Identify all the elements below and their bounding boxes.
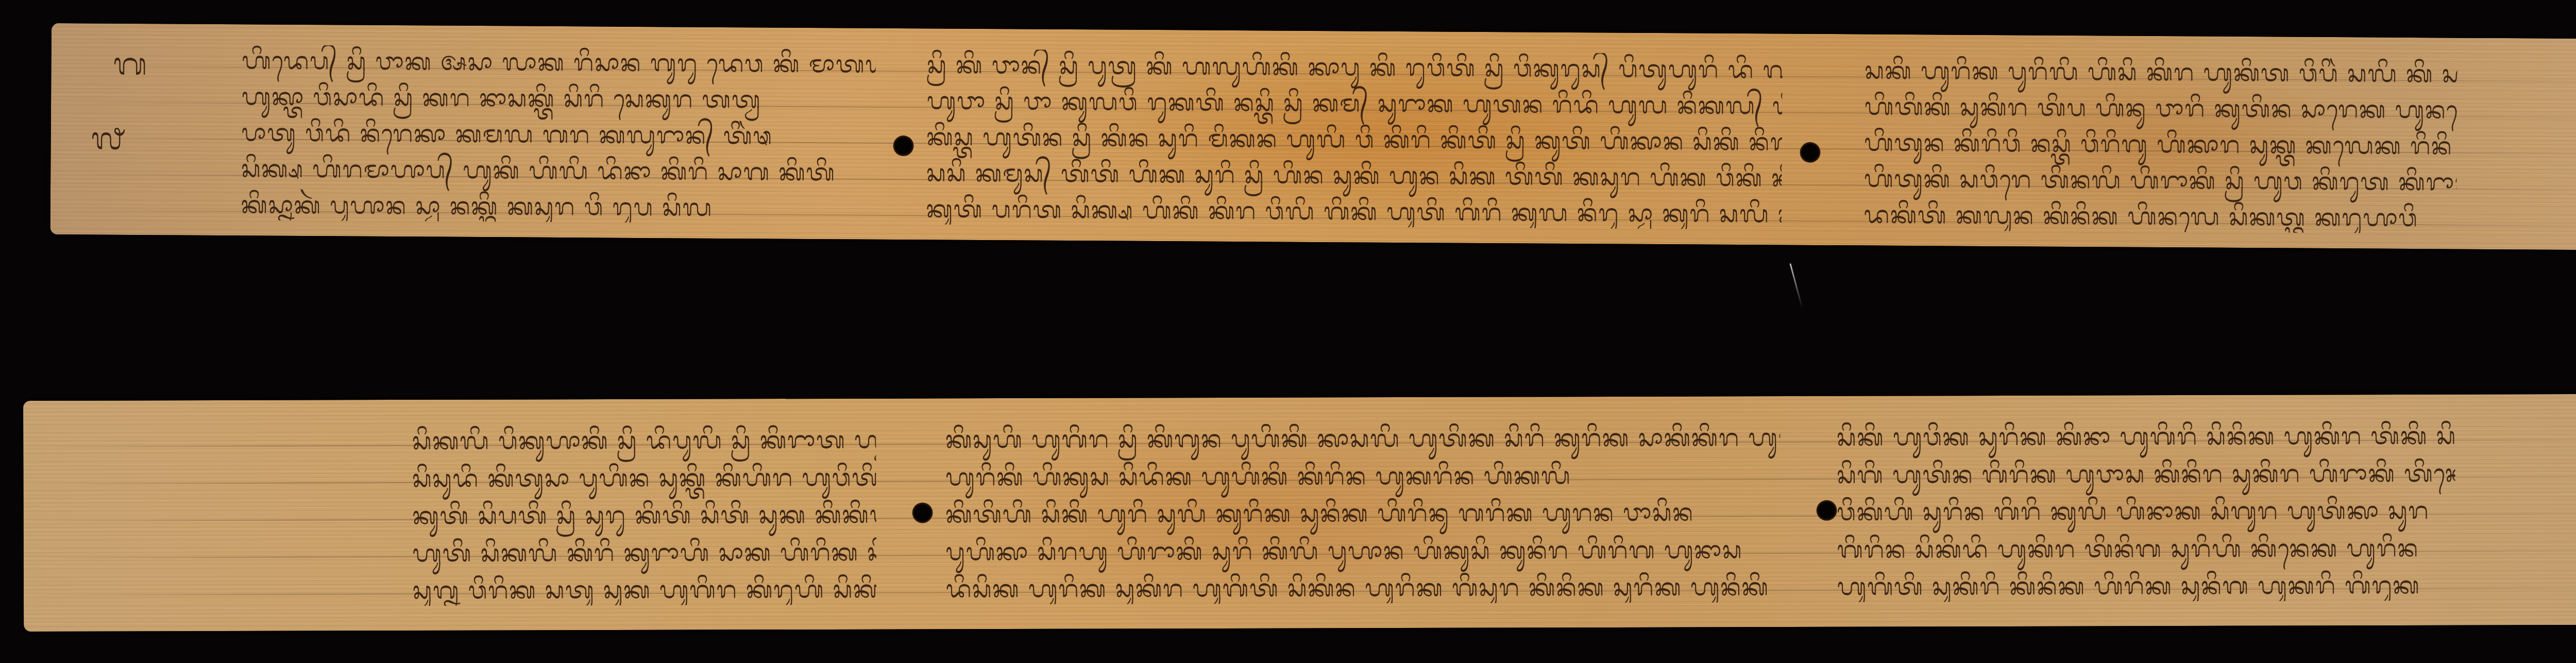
script-line: ᬓᬶᬢᬶᬳᬶ ᬲᬶᬓᬶ ᬳᬸᬭᬶ ᬲᬸᬮᬶ ᬓᬸᬭᬶᬓ ᬲᬸᬦᬶᬓ ᬳᬶᬭᬶᬦᬸ… (946, 497, 1781, 530)
script-line: ᬲᬶᬓ᭄ᬱ ᬳᬶᬭᬫᬵᬳᬵᬧ᭄ ᬳᬸᬓᬶ ᬳᬶᬮᬶ ᬤᬶᬦᬵ ᬓᬶᬭᬶ ᬲᬵᬕ … (241, 153, 875, 188)
binding-hole-left (893, 135, 913, 156)
script-line: ᬲᬓᬶ ᬳᬸᬭᬶᬓ ᬧᬸᬭᬶᬮᬶ ᬳᬶᬲᬶ ᬓᬶᬭ ᬳᬸᬓᬶᬢ ᬯᬶᬧᬶᬃ ᬲᬮ… (1865, 55, 2457, 90)
binding-hole-left (912, 502, 933, 523)
script-line: ᬧᬵᬢᬸ ᬯᬶᬤᬶ ᬦᬶᬭᬾᬓᬵ ᬓᬫᬮ ᬕᬭ ᬓᬮᬸᬭᬵᬦ᭄ ᬢᬶᬃᬣ (242, 117, 875, 152)
margin-top-glyph: ᬕ (113, 42, 147, 97)
text-column-3: ᬲᬶᬓᬶ ᬳᬸᬯᬶᬓ ᬲᬸᬭᬶᬓ ᬓᬶᬦᬵ ᬳᬸᬕᬶᬭᬶ ᬲᬶᬦᬶᬓ ᬳᬸᬓᬶᬭ… (1837, 420, 2455, 602)
script-line: ᬲᬲᬶ ᬓᬫᬸᬲ᭄ ᬢᬶᬢᬶ ᬳᬶᬓ ᬲᬸᬭᬶ ᬲ᭄ᬭᬶ ᬳᬶᬦ ᬲᬸᬓᬶ ᬳᬸ… (926, 157, 1782, 193)
palm-leaf-upper: ᬕ ᭗ ᬳᬶᬤᬾᬧ᭄ ᬲ᭄ᬭᬶ ᬯᬵᬓ ᬅᬲᬵ ᬮᬵᬓ ᬭᬶᬲᬵᬦ ᬕᬸᬭᬸ ᬤ… (50, 23, 2576, 250)
binding-hole-right (1817, 500, 1837, 521)
script-line: ᬤᬓᬶᬢᬶ ᬓᬮᬸᬦ ᬓᬶᬦᬶᬓ ᬳᬶᬦᬮᬾ ᬲᬶᬓᬢ᭄ᬢ ᬓᬭᬸᬳᬵᬯᬶ (1864, 199, 2456, 233)
script-line: ᬤᬶᬲᬶᬓ ᬳᬸᬭᬶᬓ ᬲᬸᬓᬶᬭ ᬳᬸᬕᬶᬢᬶ ᬲᬶᬓᬶᬦ ᬳᬸᬭᬶᬓ ᬕᬶᬲ… (946, 571, 1781, 604)
script-line: ᬳᬶᬢᬸᬦ ᬓᬶᬭᬶᬯᬶ ᬦᬲ᭄ᬢᬶ ᬯᬶᬭᬶᬕᬸ ᬳᬶᬓᬵᬭ ᬲᬸᬓ᭄ᬢ ᬓᬮ… (1864, 127, 2456, 161)
script-line: ᬓᬸᬢᬶ ᬲᬶᬧᬢᬶ ᬲ᭄ᬭᬶ ᬲᬸᬭᬸ ᬓᬶᬢᬶ ᬲᬶᬢᬶ ᬲᬸᬓ ᬓᬶᬓᬶᬢ (413, 499, 876, 531)
script-line: ᬯᬶᬓᬶᬳᬶ ᬲᬸᬭᬶᬦ ᬕᬶᬭᬶ ᬓᬸᬮᬶ ᬳᬶᬦᬵᬓ ᬲᬶᬕᬸᬭ ᬳᬸᬢᬶᬓ… (1837, 495, 2455, 528)
palm-leaf-lower: ᬲᬶᬓᬮᬶ ᬧᬶᬓᬸᬳᬵᬓᬶ ᬲ᭄ᬭᬶ ᬤᬶᬧᬸᬮᬶ ᬲ᭄ᬭᬶ ᬓᬶᬭᬵᬢ ᬳᬸ… (23, 394, 2576, 632)
script-line: ᬳᬸᬯᬵ ᬲ᭄ᬭᬶ ᬯᬵ ᬓᬸᬮᬯᬶ ᬭᬸᬓᬢᬶ ᬦᬲ᭄ᬢᬶ ᬲ᭄ᬭᬶ ᬓᬫ᭄ … (927, 85, 1782, 121)
script-line: ᬳᬸᬓ᭄ᬢᬵ ᬯᬶᬲᬵᬤᬶ ᬲ᭄ᬭᬶ ᬓᬭ ᬦᬵᬲᬓ᭄ᬢᬶ ᬲᬶᬭᬶ ᬲᬾᬓᬸᬭ… (242, 81, 875, 116)
script-line: ᬓᬶᬲ᭄ᬢ ᬳᬸᬢᬶᬦ ᬲ᭄ᬭᬶ ᬓᬶᬦ ᬲᬸᬭᬶ ᬫᬶᬓᬦ ᬳᬸᬮᬶ ᬯᬶ ᬓ… (927, 121, 1782, 157)
script-line: ᬳᬸᬢᬶ ᬲᬶᬓᬮᬶ ᬓᬶᬭᬶ ᬓᬸᬭᬵᬳᬶ ᬲᬵᬓ ᬳᬶᬭᬶᬓ ᬲᬶᬦᬸᬯ (413, 536, 876, 568)
script-line: ᬕᬶᬭᬶᬦ ᬲᬶᬓᬶᬤᬶ ᬳᬸᬓᬶᬭ ᬢᬶᬦᬶᬕ ᬲᬸᬭᬶᬳᬶ ᬓᬶᬦᬾᬓ ᬳᬸ… (1837, 532, 2455, 565)
script-line: ᬲᬶᬓᬶ ᬳᬸᬯᬶᬓ ᬲᬸᬭᬶᬓ ᬓᬶᬦᬵ ᬳᬸᬕᬶᬭᬶ ᬲᬶᬦᬶᬓ ᬳᬸᬓᬶᬭ… (1837, 420, 2455, 453)
script-line: ᬳᬶᬢᬶᬓᬶ ᬲᬸᬓᬶᬭ ᬢᬶᬧ ᬳᬶᬦᬸ ᬯᬵᬭᬶ ᬓᬸᬢᬶᬦ ᬲᬵᬭᬾᬓ ᬳ… (1865, 91, 2457, 126)
text-column-2: ᬓᬶᬲᬸᬳᬶ ᬳᬸᬕᬶᬭ ᬲ᭄ᬭᬶ ᬓᬶᬕᬸᬦ ᬧᬸᬳᬶᬓᬶ ᬓᬵᬲᬮᬶ ᬳᬸᬢ… (945, 422, 1781, 604)
binding-hole-right (1800, 142, 1820, 163)
script-line: ᬓᬶᬲᬸᬳᬶ ᬳᬸᬕᬶᬭ ᬲ᭄ᬭᬶ ᬓᬶᬕᬸᬦ ᬧᬸᬳᬶᬓᬶ ᬓᬵᬲᬮᬶ ᬳᬸᬢ… (945, 422, 1780, 455)
text-column-1: ᬳᬶᬤᬾᬧ᭄ ᬲ᭄ᬭᬶ ᬯᬵᬓ ᬅᬲᬵ ᬮᬵᬓ ᬭᬶᬲᬵᬦ ᬕᬸᬭᬸ ᬤᬾᬯ ᬓ… (241, 45, 876, 224)
script-line: ᬲᬶᬓᬮᬶ ᬧᬶᬓᬸᬳᬵᬓᬶ ᬲ᭄ᬭᬶ ᬤᬶᬧᬸᬮᬶ ᬲ᭄ᬭᬶ ᬓᬶᬭᬵᬢ ᬳᬸ… (412, 424, 876, 456)
photo-background: ᬕ ᭗ ᬳᬶᬤᬾᬧ᭄ ᬲ᭄ᬭᬶ ᬯᬵᬓ ᬅᬲᬵ ᬮᬵᬓ ᬭᬶᬲᬵᬦ ᬕᬸᬭᬸ ᬤ… (0, 0, 2576, 663)
script-line: ᬳᬶᬤᬾᬧ᭄ ᬲ᭄ᬭᬶ ᬯᬵᬓ ᬅᬲᬵ ᬮᬵᬓ ᬭᬶᬲᬵᬦ ᬕᬸᬭᬸ ᬤᬾᬯ ᬓ… (242, 45, 875, 80)
stray-fibre (1789, 263, 1803, 309)
text-column-2: ᬲ᭄ᬭᬶ ᬓᬶ ᬯᬵᬦ᭄ ᬲ᭄ᬭᬶ ᬧᬸᬢ᭄ᬭ ᬓᬶ ᬳᬮᬸᬳᬶᬓᬶ ᬓᬵᬧᬸ … (926, 49, 1783, 229)
text-column-3: ᬲᬓᬶ ᬳᬸᬭᬶᬓ ᬧᬸᬭᬶᬮᬶ ᬳᬶᬲᬶ ᬓᬶᬭ ᬳᬸᬓᬶᬢ ᬯᬶᬧᬶᬃ ᬲᬮ… (1864, 55, 2458, 234)
script-line: ᬓᬸᬢᬶ ᬧᬭᬶᬢ ᬲᬶᬓ᭄ᬱ ᬳᬶᬓᬶ ᬓᬶᬭ ᬯᬶᬮᬶ ᬕᬶᬓᬶ ᬳᬸᬢᬶ … (926, 193, 1782, 229)
leaf-number-numeral: ᭗ (91, 116, 125, 172)
script-line: ᬳᬸᬕᬶᬢᬶ ᬲᬸᬓᬶᬭᬶ ᬓᬶᬦᬶᬓ ᬳᬶᬭᬶᬓ ᬲᬸᬦᬶᬕ ᬳᬸᬓᬭᬶ ᬕᬶ… (1837, 570, 2455, 602)
script-line: ᬲᬶᬕᬶ ᬳᬸᬢᬶᬦ ᬕᬶᬭᬶᬓ ᬳᬸᬯᬵᬲ ᬓᬶᬦᬶᬭ ᬲᬸᬓᬶᬭ ᬳᬶᬭᬵᬓ… (1837, 457, 2455, 490)
script-line: ᬓᬶᬲ᭄ᬦᬵᬓᬃ ᬧᬸᬳᬵᬦ ᬲ᭄ᬯᬵ ᬦᬓ᭄ᬕᬶ ᬓᬲᬸᬭ ᬯᬶ ᬭᬸᬧ ᬲᬶ… (241, 189, 875, 224)
script-line: ᬧᬸᬳᬶᬓᬵ ᬲᬶᬭᬳᬸ ᬳᬶᬭᬵᬓᬶ ᬲᬸᬭᬶ ᬓᬶᬮᬶ ᬧᬸᬳᬵᬦ ᬳᬶᬓᬸ… (946, 534, 1781, 567)
script-line: ᬲ᭄ᬭᬶ ᬓᬶ ᬯᬵᬦ᭄ ᬲ᭄ᬭᬶ ᬧᬸᬢ᭄ᬭ ᬓᬶ ᬳᬮᬸᬳᬶᬓᬶ ᬓᬵᬧᬸ … (927, 49, 1782, 85)
script-line: ᬳᬶᬢᬸᬓᬶ ᬲᬯᬶᬭᬾ ᬢᬶᬦᬮᬶ ᬳᬶᬭᬵᬓᬶ ᬲ᭄ᬭᬶ ᬳᬸᬯ ᬓᬶᬭᬸᬢ… (1864, 163, 2456, 197)
script-line: ᬲᬶᬲᬸᬤᬶ ᬓᬶᬢᬸᬲᬵ ᬧᬸᬳᬶᬦ ᬲᬸᬓ᭄ᬢᬶ ᬓᬶᬳᬶᬭ ᬳᬸᬯᬶᬢᬶ (412, 462, 876, 494)
script-line: ᬲᬸᬕ᭄ᬦ ᬯᬶᬭᬶᬓ ᬲᬢᬸ ᬲᬸᬓ ᬳᬸᬕᬶᬭ ᬓᬶᬭᬸᬳᬶ ᬲᬶᬓᬶᬤᬶ (413, 574, 876, 606)
script-line: ᬳᬸᬭᬶᬓᬶ ᬳᬶᬓᬸᬲ ᬲᬶᬤᬶᬓ ᬳᬸᬳᬶᬓᬶ ᬓᬶᬭᬶᬦ ᬳᬸᬓᬭᬶᬦ ᬳ… (945, 460, 1780, 492)
text-column-1: ᬲᬶᬓᬮᬶ ᬧᬶᬓᬸᬳᬵᬓᬶ ᬲ᭄ᬭᬶ ᬤᬶᬧᬸᬮᬶ ᬲ᭄ᬭᬶ ᬓᬶᬭᬵᬢ ᬳᬸ… (412, 424, 876, 606)
